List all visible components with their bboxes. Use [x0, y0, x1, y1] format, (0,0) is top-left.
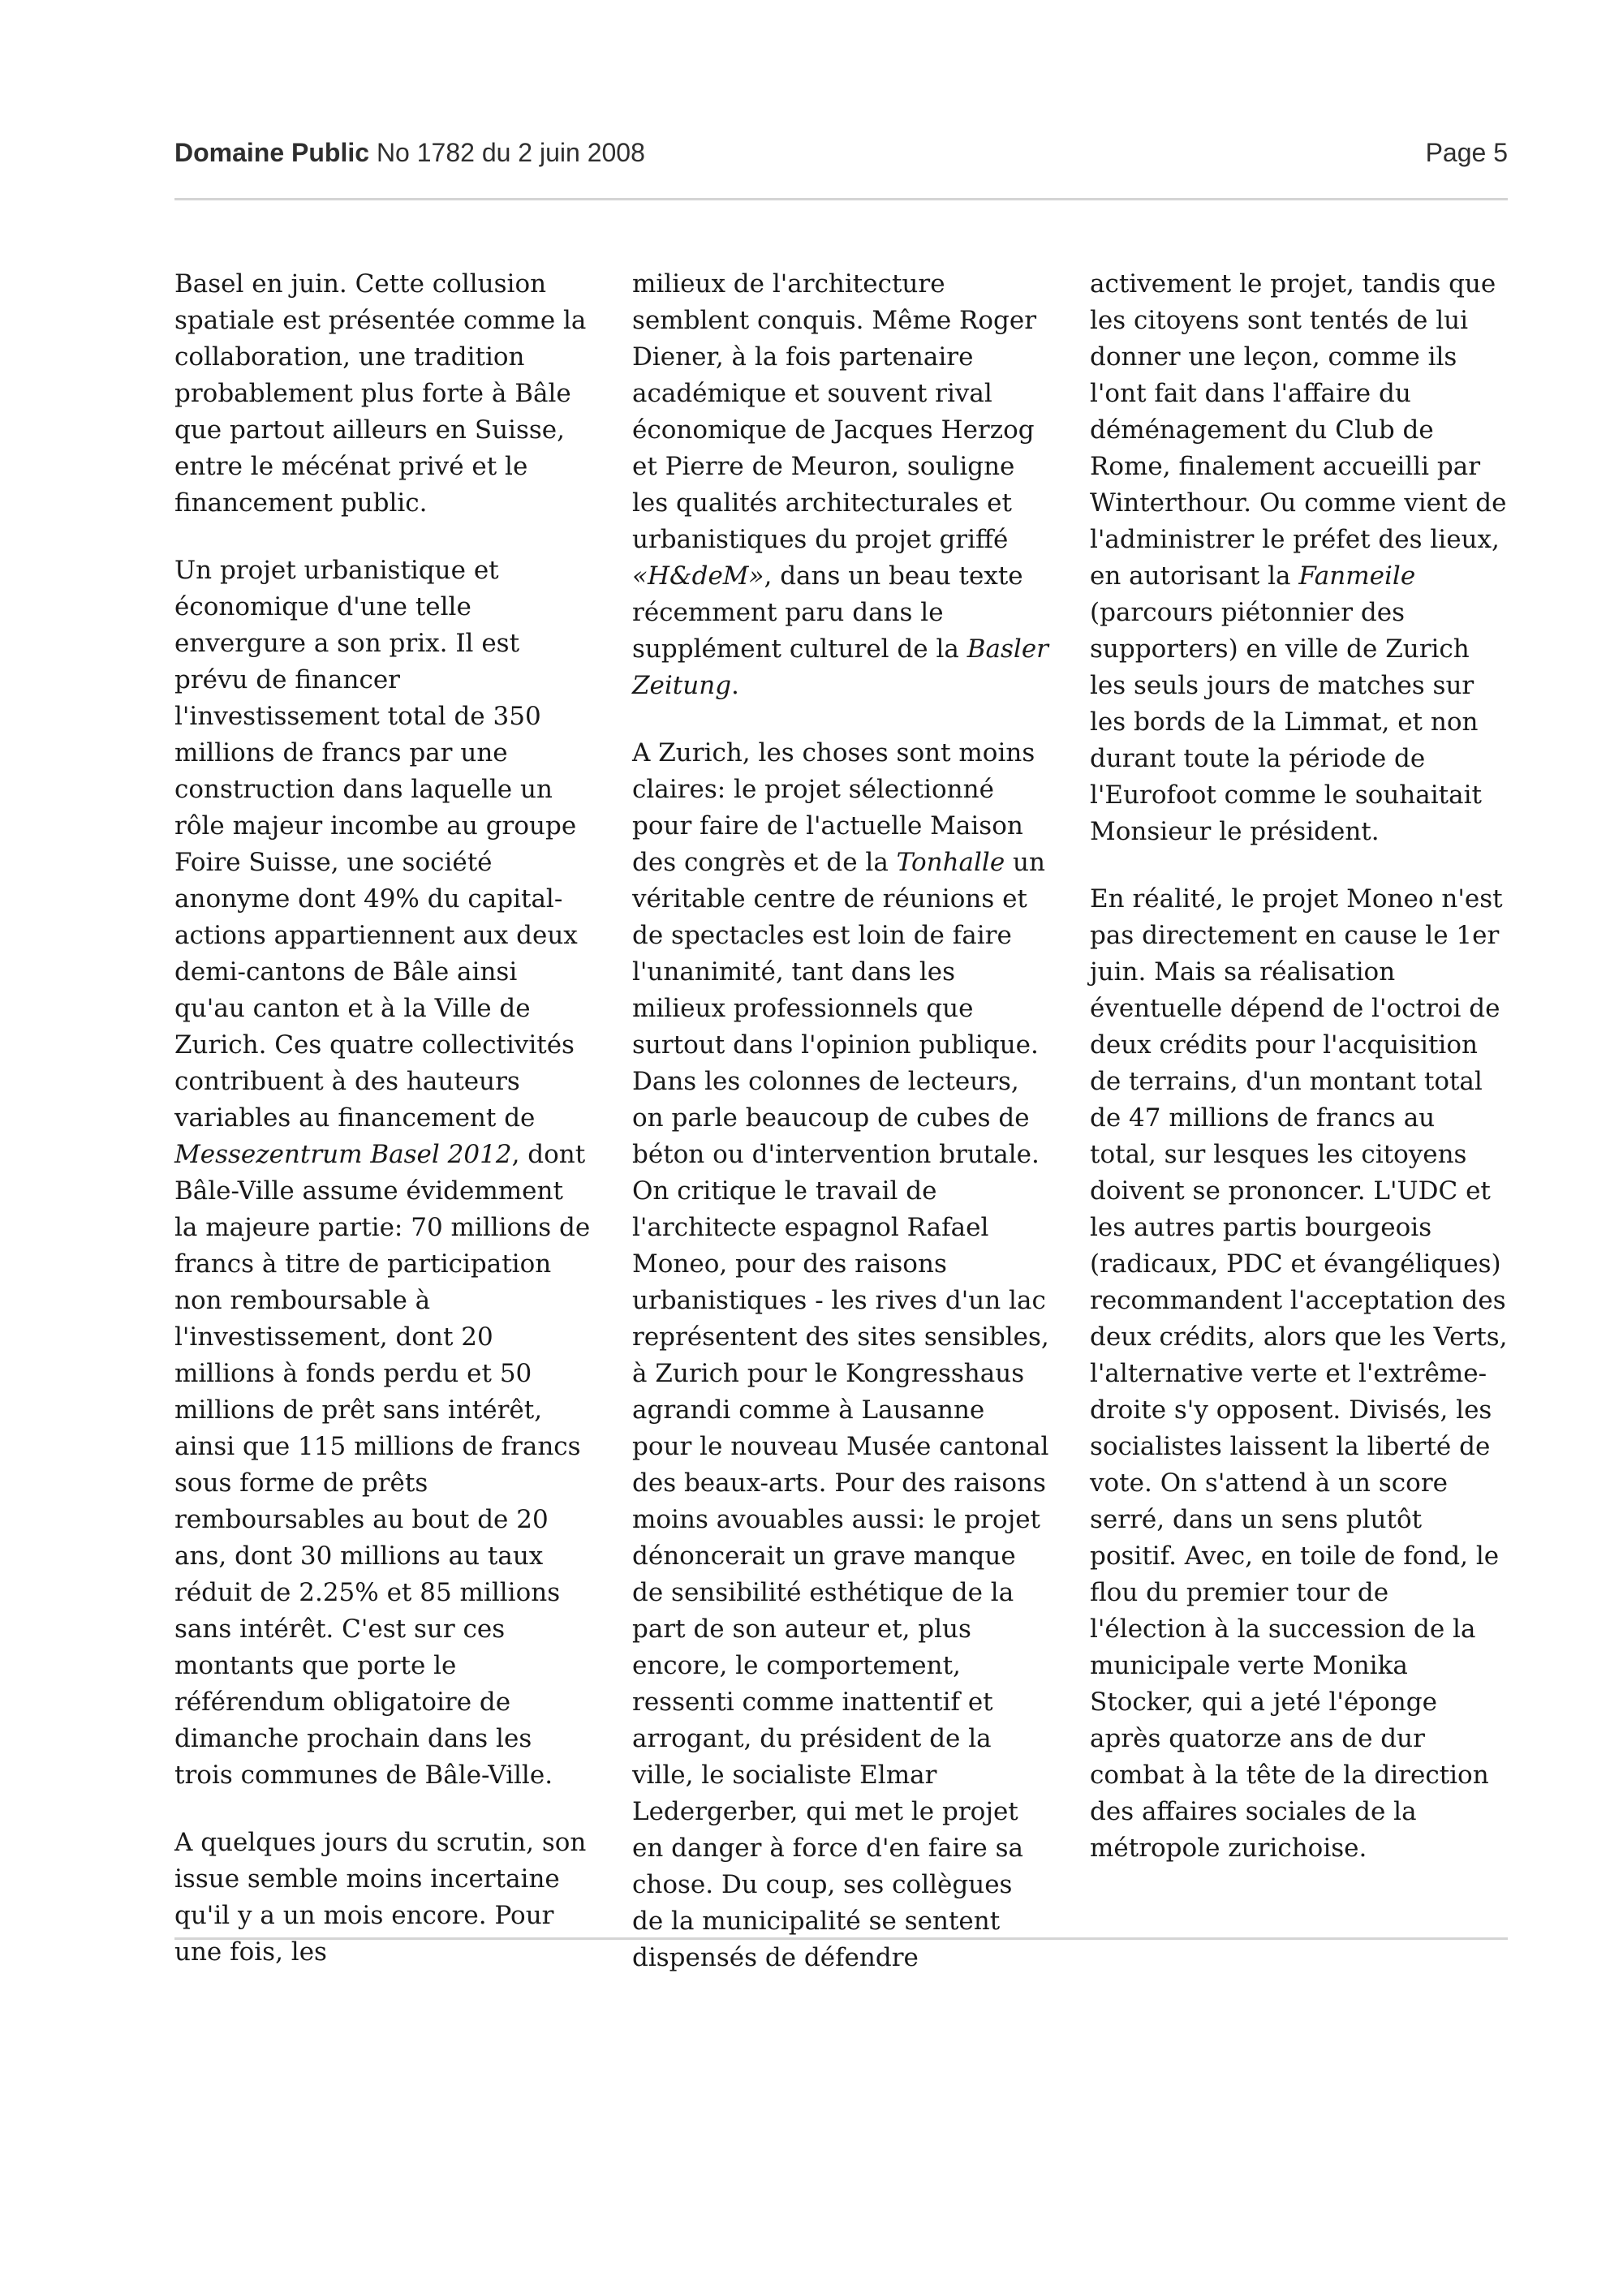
- header-divider: [174, 198, 1508, 200]
- page-header: Domaine Public No 1782 du 2 juin 2008 Pa…: [174, 138, 1508, 168]
- footer-divider: [174, 1937, 1508, 1940]
- text-segment: .: [731, 671, 739, 700]
- italic-text-segment: «H&deM»: [632, 561, 764, 591]
- document-page: Domaine Public No 1782 du 2 juin 2008 Pa…: [0, 0, 1623, 2296]
- text-segment: En réalité, le projet Moneo n'est pas di…: [1090, 884, 1507, 1863]
- paragraph: Basel en juin. Cette collusion spatiale …: [174, 266, 592, 522]
- page-number: Page 5: [1426, 138, 1508, 168]
- header-left: Domaine Public No 1782 du 2 juin 2008: [174, 138, 645, 168]
- paragraph: En réalité, le projet Moneo n'est pas di…: [1090, 881, 1508, 1867]
- text-segment: (parcours piétonnier des supporters) en …: [1090, 598, 1482, 846]
- paragraph: Un projet urbanistique et économique d'u…: [174, 553, 592, 1794]
- paragraph: activement le projet, tandis que les cit…: [1090, 266, 1508, 850]
- italic-text-segment: Messezentrum Basel 2012: [174, 1140, 512, 1169]
- paragraph: A Zurich, les choses sont moins claires:…: [632, 735, 1050, 1976]
- text-segment: un véritable centre de réunions et de sp…: [632, 848, 1049, 1972]
- text-column-3: activement le projet, tandis que les cit…: [1090, 266, 1508, 2007]
- issue-info: No 1782 du 2 juin 2008: [377, 138, 645, 167]
- text-segment: A quelques jours du scrutin, son issue s…: [174, 1828, 586, 1967]
- text-segment: , dont Bâle-Ville assume évidemment la m…: [174, 1140, 590, 1790]
- paragraph: milieux de l'architecture semblent conqu…: [632, 266, 1050, 704]
- article-columns: Basel en juin. Cette collusion spatiale …: [174, 266, 1508, 2007]
- journal-title: Domaine Public: [174, 138, 369, 167]
- text-segment: activement le projet, tandis que les cit…: [1090, 269, 1506, 591]
- text-segment: Un projet urbanistique et économique d'u…: [174, 556, 578, 1133]
- text-segment: milieux de l'architecture semblent conqu…: [632, 269, 1036, 554]
- paragraph: A quelques jours du scrutin, son issue s…: [174, 1825, 592, 1971]
- text-column-1: Basel en juin. Cette collusion spatiale …: [174, 266, 592, 2007]
- text-segment: Basel en juin. Cette collusion spatiale …: [174, 269, 586, 518]
- italic-text-segment: Tonhalle: [897, 848, 1005, 877]
- italic-text-segment: Fanmeile: [1298, 561, 1415, 591]
- text-column-2: milieux de l'architecture semblent conqu…: [632, 266, 1050, 2007]
